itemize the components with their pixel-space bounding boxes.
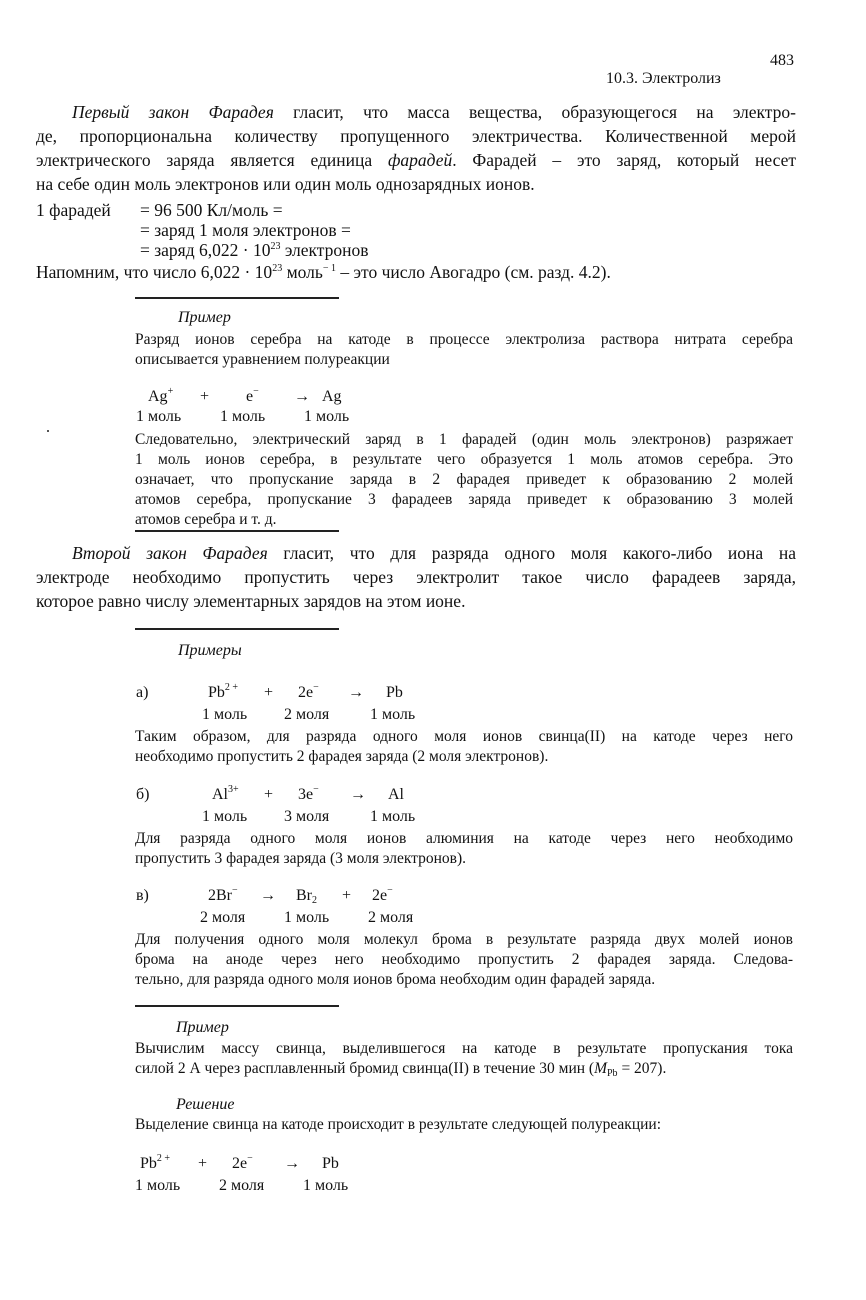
text-fragment: необходимо пропустить 2 фарадея заряда (… bbox=[135, 747, 793, 767]
text-fragment: Разряд ионов серебра на катоде в процесс… bbox=[135, 330, 793, 350]
faraday-line-3: = заряд 6,022 · 1023 электронов bbox=[140, 238, 369, 262]
faraday-label: 1 фарадей bbox=[36, 198, 111, 222]
text-fragment: − 1 bbox=[323, 263, 336, 274]
text-fragment: тельно, для разряда одного моля ионов бр… bbox=[135, 970, 793, 990]
text-fragment: → bbox=[284, 1155, 300, 1173]
text-fragment: Br bbox=[296, 887, 312, 904]
text-fragment: Вычислим массу свинца, выделившегося на … bbox=[135, 1039, 793, 1059]
text-fragment: брома на аноде через него необходимо про… bbox=[135, 950, 793, 970]
text-fragment: означает, что пропускание заряда в 2 фар… bbox=[135, 470, 793, 490]
text-fragment: − bbox=[232, 885, 238, 896]
text-fragment: + bbox=[168, 386, 174, 397]
text-fragment: − bbox=[253, 386, 259, 397]
text-fragment: 2e bbox=[372, 887, 387, 904]
text-fragment: Для разряда одного моля ионов алюминия н… bbox=[135, 829, 793, 849]
text-fragment: 1 моль bbox=[202, 808, 247, 826]
text-fragment: − bbox=[247, 1153, 253, 1164]
text-fragment: 2 моля bbox=[200, 909, 245, 927]
solution-text: Выделение свинца на катоде происходит в … bbox=[135, 1115, 793, 1135]
page-number: 483 bbox=[770, 52, 794, 70]
eq-term: Ag+ bbox=[148, 388, 173, 406]
text-fragment: атомов серебра, пропускание 3 фарадеев з… bbox=[135, 490, 793, 510]
text-fragment: → bbox=[260, 887, 276, 905]
text-fragment: Для получения одного моля молекул брома … bbox=[135, 930, 793, 950]
example-1-intro: Разряд ионов серебра на катоде в процесс… bbox=[135, 330, 793, 370]
text-fragment: Таким образом, для разряда одного моля и… bbox=[135, 727, 793, 747]
example-3-problem: Вычислим массу свинца, выделившегося на … bbox=[135, 1039, 793, 1079]
text-fragment: 2 + bbox=[157, 1153, 170, 1164]
text-fragment: электрического заряда является единица bbox=[36, 150, 388, 170]
text-fragment: гласит, что масса вещества, образующегос… bbox=[274, 102, 796, 122]
item-label: а) bbox=[136, 684, 148, 702]
example-1-conclusion: Следовательно, электрический заряд в 1 ф… bbox=[135, 430, 793, 530]
divider bbox=[135, 1005, 339, 1007]
text-fragment: Ag bbox=[322, 388, 342, 406]
text-fragment: 2 + bbox=[225, 682, 238, 693]
solution-caption: Решение bbox=[176, 1096, 235, 1114]
eq-term: e− bbox=[246, 388, 259, 406]
example-c-text: Для получения одного моля молекул брома … bbox=[135, 930, 793, 990]
text-fragment: Al bbox=[212, 786, 228, 803]
text-fragment: Напомним, что число 6,022 · 10 bbox=[36, 262, 272, 282]
text-fragment: 1 моль bbox=[135, 1177, 180, 1195]
section-title: 10.3. Электролиз bbox=[606, 70, 721, 87]
text-fragment: 23 bbox=[270, 241, 280, 252]
text-fragment: + bbox=[200, 388, 209, 406]
text-fragment: атомов серебра и т. д. bbox=[135, 510, 793, 530]
text-fragment: – это число Авогадро (см. разд. 4.2). bbox=[336, 262, 611, 282]
text-fragment: Pb bbox=[607, 1068, 618, 1079]
text-fragment: Pb bbox=[140, 1155, 157, 1172]
avogadro-note: Напомним, что число 6,022 · 1023 моль− 1… bbox=[36, 260, 611, 284]
text-fragment: 2e bbox=[232, 1155, 247, 1172]
text-fragment: − bbox=[313, 784, 319, 795]
text-fragment: 1 моль bbox=[370, 808, 415, 826]
text-fragment: → bbox=[350, 786, 366, 804]
text-fragment: 3 моля bbox=[284, 808, 329, 826]
text-fragment: электроде необходимо пропустить через эл… bbox=[36, 565, 796, 589]
example-b-text: Для разряда одного моля ионов алюминия н… bbox=[135, 829, 793, 869]
text-fragment: + bbox=[198, 1155, 207, 1173]
text-fragment: Pb bbox=[322, 1155, 339, 1173]
text-fragment: моль bbox=[282, 262, 323, 282]
text-fragment: электронов bbox=[280, 240, 368, 260]
text-line: на себе один моль электронов или один мо… bbox=[36, 172, 796, 196]
text-fragment: 1 моль bbox=[303, 1177, 348, 1195]
example-caption: Пример bbox=[178, 309, 231, 327]
text-line: электрического заряда является единица ф… bbox=[36, 148, 796, 172]
running-head: 10.3. Электролиз 483 bbox=[598, 52, 721, 106]
text-line: де, пропорциональна количеству пропущенн… bbox=[36, 124, 796, 148]
examples-caption: Примеры bbox=[178, 642, 242, 660]
item-label: б) bbox=[136, 786, 149, 804]
second-law-term: Второй закон Фарадея bbox=[72, 543, 268, 563]
text-fragment: 2 моля bbox=[284, 706, 329, 724]
divider bbox=[135, 297, 339, 299]
text-fragment: 1 моль bbox=[220, 408, 265, 426]
text-fragment: 2e bbox=[298, 684, 313, 701]
text-fragment: + bbox=[264, 684, 273, 702]
scan-speck bbox=[47, 430, 49, 432]
text-fragment: = заряд 6,022 · 10 bbox=[140, 240, 270, 260]
text-fragment: Следовательно, электрический заряд в 1 ф… bbox=[135, 430, 793, 450]
text-fragment: − bbox=[313, 682, 319, 693]
divider bbox=[135, 628, 339, 630]
text-fragment: гласит, что для разряда одного моля како… bbox=[268, 543, 796, 563]
unit-term: фарадей bbox=[388, 150, 452, 170]
first-law-paragraph: Первый закон Фарадея гласит, что масса в… bbox=[36, 100, 796, 196]
text-fragment: пропустить 3 фарадея заряда (3 моля элек… bbox=[135, 849, 793, 869]
text-fragment: Pb bbox=[208, 684, 225, 701]
text-fragment: + bbox=[264, 786, 273, 804]
text-fragment: 1 моль ионов серебра, в результате чего … bbox=[135, 450, 793, 470]
text-fragment: 3e bbox=[298, 786, 313, 803]
text-fragment: 2 bbox=[312, 895, 317, 906]
text-line: Первый закон Фарадея гласит, что масса в… bbox=[36, 100, 796, 124]
first-law-term: Первый закон Фарадея bbox=[72, 102, 274, 122]
text-fragment: описывается уравнением полуреакции bbox=[135, 350, 793, 370]
text-fragment: M bbox=[594, 1060, 607, 1077]
second-law-paragraph: Второй закон Фарадея гласит, что для раз… bbox=[36, 541, 796, 613]
text-fragment: → bbox=[294, 388, 310, 406]
text-fragment: + bbox=[342, 887, 351, 905]
text-fragment: 1 моль bbox=[370, 706, 415, 724]
text-fragment: Ag bbox=[148, 388, 168, 405]
text-fragment: 2 моля bbox=[219, 1177, 264, 1195]
text-fragment: 1 моль bbox=[202, 706, 247, 724]
text-fragment: 1 моль bbox=[136, 408, 181, 426]
text-fragment: силой 2 А через расплавленный бромид сви… bbox=[135, 1060, 594, 1077]
text-fragment: = 207). bbox=[618, 1060, 667, 1077]
text-fragment: 3+ bbox=[228, 784, 239, 795]
example-caption: Пример bbox=[176, 1019, 229, 1037]
divider bbox=[135, 530, 339, 532]
text-fragment: Pb bbox=[386, 684, 403, 702]
example-a-text: Таким образом, для разряда одного моля и… bbox=[135, 727, 793, 767]
text-fragment: Al bbox=[388, 786, 404, 804]
text-fragment: которое равно числу элементарных зарядов… bbox=[36, 589, 796, 613]
text-fragment: 2Br bbox=[208, 887, 232, 904]
text-fragment: . Фарадей – это заряд, который несет bbox=[452, 150, 796, 170]
text-fragment: 23 bbox=[272, 263, 282, 274]
text-fragment: 1 моль bbox=[284, 909, 329, 927]
item-label: в) bbox=[136, 887, 149, 905]
text-fragment: → bbox=[348, 684, 364, 702]
text-fragment: 2 моля bbox=[368, 909, 413, 927]
text-fragment: 1 моль bbox=[304, 408, 349, 426]
text-fragment: − bbox=[387, 885, 393, 896]
